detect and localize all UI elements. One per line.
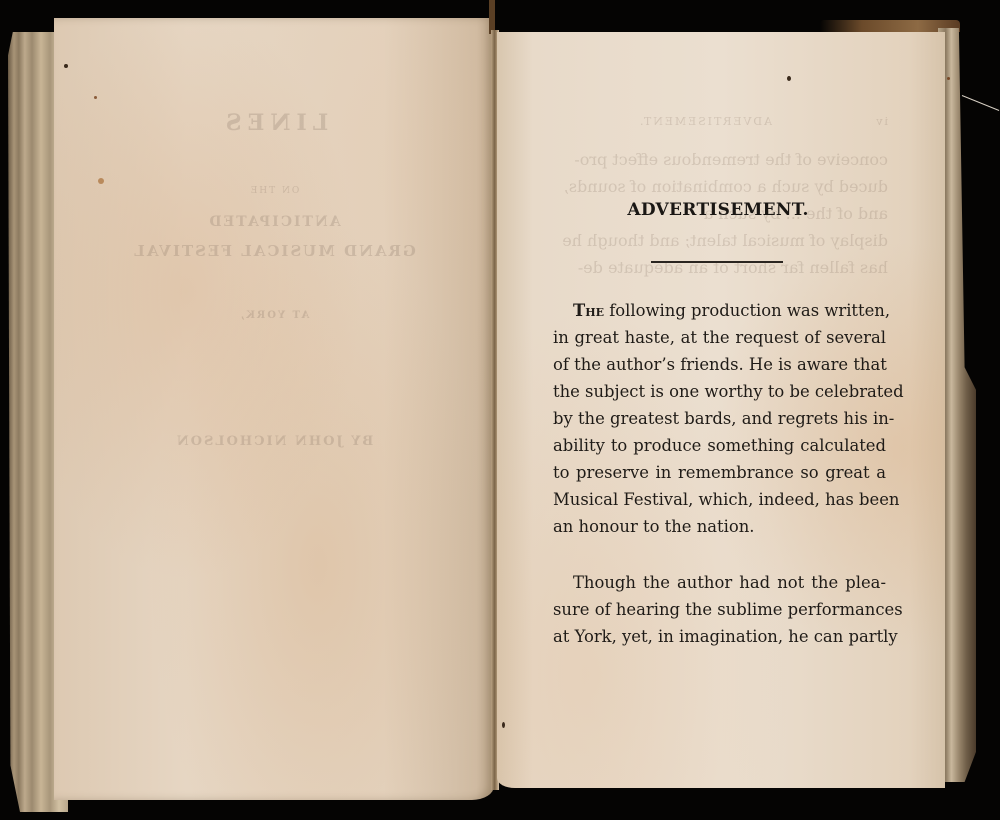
bleed-line: conceive of the tremendous effect pro- bbox=[548, 146, 888, 173]
bleed-through-text: iv ADVERTISEMENT. conceive of the tremen… bbox=[548, 108, 888, 281]
bleed-page-number: iv bbox=[874, 108, 888, 135]
text-line: of the author’s friends. He is aware tha… bbox=[553, 351, 886, 378]
text-line: Musical Festival, which, indeed, has bee… bbox=[553, 486, 886, 513]
paragraph-2: Though the author had not the plea- sure… bbox=[553, 569, 886, 650]
text-line: ability to produce something calculated bbox=[553, 432, 886, 459]
bleed-line: has fallen far short of an adequate de- bbox=[548, 254, 888, 281]
open-book: LINES ON THE ANTICIPATED GRAND MUSICAL F… bbox=[0, 0, 1000, 820]
page-heading: ADVERTISEMENT. bbox=[548, 200, 888, 220]
text-line: an honour to the nation. bbox=[553, 513, 886, 540]
paragraph-1: The following production was written, in… bbox=[553, 297, 886, 540]
bleed-line: ON THE bbox=[54, 186, 494, 196]
text-line: by the greatest bards, and regrets his i… bbox=[553, 405, 886, 432]
bleed-running-head: ADVERTISEMENT. bbox=[638, 108, 772, 135]
text-line: at York, yet, in imagination, he can par… bbox=[553, 623, 886, 650]
loose-thread bbox=[962, 95, 999, 111]
bleed-line: GRAND MUSICAL FESTIVAL bbox=[54, 242, 494, 260]
bleed-line: BY JOHN NICHOLSON bbox=[54, 434, 494, 449]
ribbon-bookmark bbox=[489, 0, 495, 34]
bleed-line: ANTICIPATED bbox=[54, 214, 494, 230]
text-line: Though the author had not the plea- bbox=[553, 569, 886, 596]
drop-smallcaps: The bbox=[573, 301, 604, 320]
bleed-line: AT YORK, bbox=[54, 310, 494, 321]
text-line: in great haste, at the request of severa… bbox=[553, 324, 886, 351]
bleed-title: LINES bbox=[54, 110, 494, 136]
text-line: to preserve in remembrance so great a bbox=[553, 459, 886, 486]
bleed-line: duced by such a combination of sounds, bbox=[548, 173, 888, 200]
text-line: sure of hearing the sublime performances bbox=[553, 596, 886, 623]
bleed-line: display of musical talent; and though he bbox=[548, 227, 888, 254]
left-page: LINES ON THE ANTICIPATED GRAND MUSICAL F… bbox=[54, 18, 494, 800]
text-line: the subject is one worthy to be celebrat… bbox=[553, 378, 886, 405]
heading-rule bbox=[651, 261, 783, 263]
text-line: The following production was written, bbox=[553, 297, 886, 324]
